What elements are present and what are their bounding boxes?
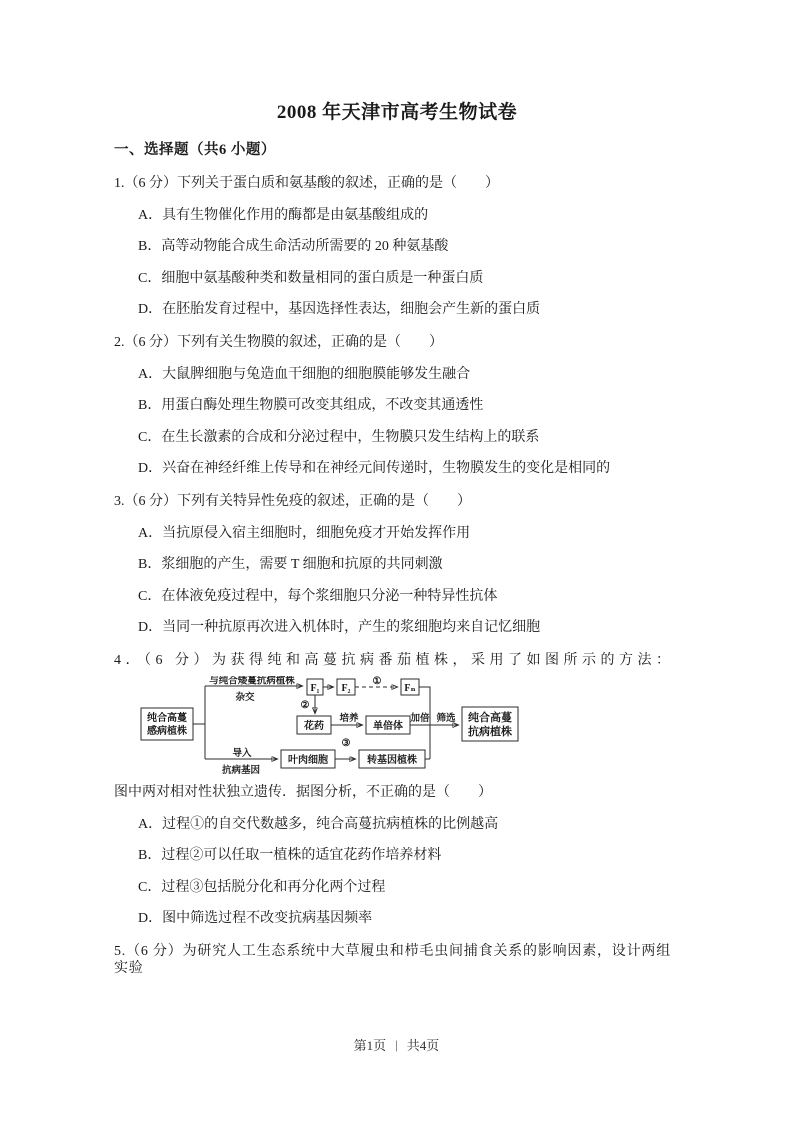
question-1-option-a: A．具有生物催化作用的酶都是由氨基酸组成的 <box>138 207 680 224</box>
breeding-flow-svg: 纯合高蔓 感病植株 与纯合矮蔓抗病植株 杂交 F₁ F₂ Fₙ ① ② ③ 花药… <box>140 676 520 776</box>
source-plant-line2: 感病植株 <box>147 724 187 737</box>
question-1-option-d: D．在胚胎发育过程中，基因选择性表达，细胞会产生新的蛋白质 <box>138 301 680 318</box>
result-plant-line1: 纯合高蔓 <box>468 710 512 724</box>
cross-label-top: 与纯合矮蔓抗病植株 <box>209 676 295 687</box>
question-2: 2.（6 分）下列有关生物膜的叙述，正确的是（ ） A．大鼠脾细胞与兔造血干细胞… <box>114 334 680 477</box>
split-connector-line <box>193 686 205 759</box>
transgenic-label: 转基因植株 <box>367 753 417 766</box>
question-4: 4．（6 分）为获得纯和高蔓抗病番茄植株，采用了如图所示的方法： <box>114 652 680 927</box>
question-3-option-a: A．当抗原侵入宿主细胞时，细胞免疫才开始发挥作用 <box>138 525 680 542</box>
question-5-stem: 5.（6 分）为研究人工生态系统中大草履虫和栉毛虫间捕食关系的影响因素，设计两组… <box>114 943 680 977</box>
source-plant-line1: 纯合高蔓 <box>147 711 187 724</box>
step2-circle-label: ② <box>301 700 310 711</box>
question-2-stem: 2.（6 分）下列有关生物膜的叙述，正确的是（ ） <box>114 334 680 351</box>
haploid-label: 单倍体 <box>373 719 403 732</box>
question-3: 3.（6 分）下列有关特异性免疫的叙述，正确的是（ ） A．当抗原侵入宿主细胞时… <box>114 493 680 636</box>
screen-label: 筛选 <box>436 712 456 724</box>
page-footer: 第1页 | 共4页 <box>0 1035 793 1054</box>
fn-label: Fₙ <box>404 683 415 694</box>
question-3-option-d: D．当同一种抗原再次进入机体时，产生的浆细胞均来自记忆细胞 <box>138 619 680 636</box>
double-label: 加倍 <box>409 712 430 724</box>
question-4-option-d: D．图中筛选过程不改变抗病基因频率 <box>138 910 680 927</box>
exam-title: 2008 年天津市高考生物试卷 <box>114 101 680 124</box>
section-heading: 一、选择题（共6 小题） <box>114 142 680 159</box>
insert-label-top: 导入 <box>232 747 252 759</box>
question-4-option-b: B．过程②可以任取一植株的适宜花药作培养材料 <box>138 847 680 864</box>
question-1-option-c: C．细胞中氨基酸种类和数量相同的蛋白质是一种蛋白质 <box>138 270 680 287</box>
question-2-option-b: B．用蛋白酶处理生物膜可改变其组成，不改变其通透性 <box>138 397 680 414</box>
question-4-stem: 4．（6 分）为获得纯和高蔓抗病番茄植株，采用了如图所示的方法： <box>114 652 680 669</box>
question-4-option-a: A．过程①的自交代数越多，纯合高蔓抗病植株的比例越高 <box>138 816 680 833</box>
question-3-stem: 3.（6 分）下列有关特异性免疫的叙述，正确的是（ ） <box>114 493 680 510</box>
step1-circle-label: ① <box>373 676 382 687</box>
question-1: 1.（6 分）下列关于蛋白质和氨基酸的叙述，正确的是（ ） A．具有生物催化作用… <box>114 175 680 318</box>
f2-label: F₂ <box>341 683 350 694</box>
question-4-option-c: C．过程③包括脱分化和再分化两个过程 <box>138 879 680 896</box>
question-5: 5.（6 分）为研究人工生态系统中大草履虫和栉毛虫间捕食关系的影响因素，设计两组… <box>114 943 680 977</box>
question-1-stem: 1.（6 分）下列关于蛋白质和氨基酸的叙述，正确的是（ ） <box>114 175 680 192</box>
result-plant-line2: 抗病植株 <box>468 724 512 738</box>
anther-label: 花药 <box>303 719 324 732</box>
question-2-option-c: C．在生长激素的合成和分泌过程中，生物膜只发生结构上的联系 <box>138 429 680 446</box>
question-1-option-b: B．高等动物能合成生命活动所需要的 20 种氨基酸 <box>138 238 680 255</box>
cross-label-bottom: 杂交 <box>235 691 255 703</box>
culture-label: 培养 <box>339 712 359 724</box>
f1-label: F₁ <box>310 683 319 694</box>
footer-separator: | <box>395 1037 398 1053</box>
footer-total-pages: 共4页 <box>407 1035 440 1054</box>
question-3-option-b: B．浆细胞的产生，需要 T 细胞和抗原的共同刺激 <box>138 556 680 573</box>
question-3-option-c: C．在体液免疫过程中，每个浆细胞只分泌一种特异性抗体 <box>138 588 680 605</box>
exam-page: 2008 年天津市高考生物试卷 一、选择题（共6 小题） 1.（6 分）下列关于… <box>114 0 680 977</box>
question-4-post-diagram: 图中两对相对性状独立遗传．据图分析，不正确的是（ ） <box>114 784 680 801</box>
question-2-option-a: A．大鼠脾细胞与兔造血干细胞的细胞膜能够发生融合 <box>138 366 680 383</box>
step3-circle-label: ③ <box>342 738 351 749</box>
footer-current-page: 第1页 <box>354 1035 387 1054</box>
question-2-option-d: D．兴奋在神经纤维上传导和在神经元间传递时，生物膜发生的变化是相同的 <box>138 460 680 477</box>
breeding-flow-diagram: 纯合高蔓 感病植株 与纯合矮蔓抗病植株 杂交 F₁ F₂ Fₙ ① ② ③ 花药… <box>140 676 520 776</box>
mesophyll-label: 叶肉细胞 <box>288 753 328 766</box>
insert-label-bottom: 抗病基因 <box>222 764 261 776</box>
